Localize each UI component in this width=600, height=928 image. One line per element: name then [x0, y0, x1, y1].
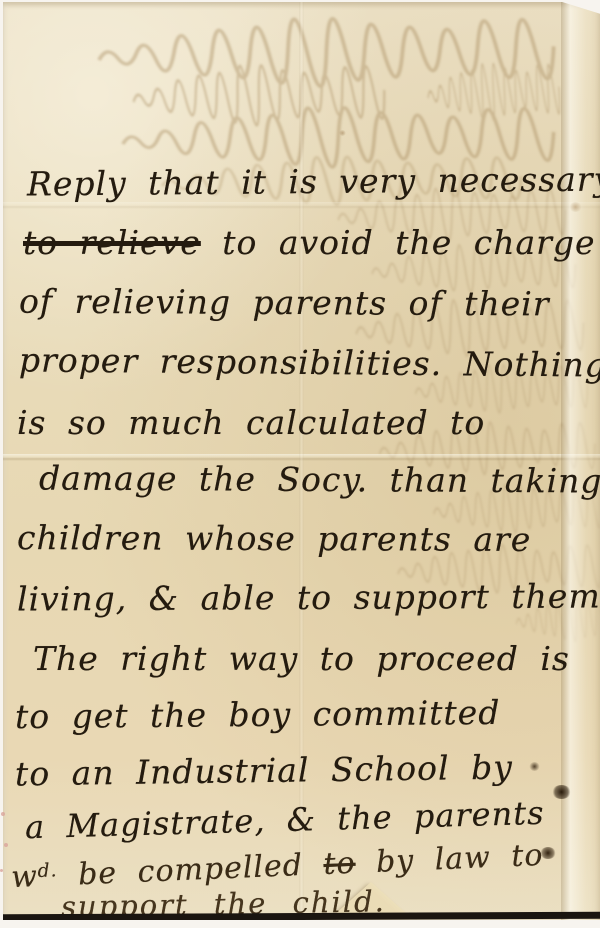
struck-out-text: to — [323, 846, 357, 882]
handwritten-line-7: children whose parents are — [17, 521, 531, 556]
text-segment: damage the Socy. than taking — [39, 459, 600, 501]
superscript-abbreviation: d. — [37, 860, 58, 882]
handwritten-line-11: to an Industrial School by — [15, 751, 513, 791]
text-segment: is so much calculated to — [17, 403, 485, 442]
handwritten-line-5: is so much calculated to — [17, 406, 485, 439]
text-segment: of relieving parents of their — [19, 282, 550, 324]
handwritten-line-6: damage the Socy. than taking — [39, 462, 600, 498]
backdrop-speck — [1, 812, 5, 816]
text-segment: Reply that it is very necessary — [27, 159, 600, 203]
text-segment: w — [10, 859, 38, 895]
photo-background: Reply that it is very necessary to relie… — [0, 0, 600, 928]
text-segment: living, & able to support them. — [17, 576, 600, 618]
handwritten-line-1: Reply that it is very necessary — [27, 162, 600, 200]
paper-stain — [569, 202, 582, 212]
top-right-corner-notch — [559, 2, 600, 14]
text-segment: a Magistrate, & the parents — [25, 794, 545, 846]
backdrop-speck — [4, 843, 8, 847]
text-segment: children whose parents are — [17, 518, 531, 559]
text-segment: The right way to proceed is — [33, 639, 570, 678]
handwritten-line-8: living, & able to support them. — [17, 579, 600, 615]
text-segment: proper responsibilities. Nothing — [19, 340, 600, 384]
ink-blot — [552, 785, 571, 799]
horizontal-fold-crease — [3, 202, 600, 209]
struck-out-text: to relieve — [23, 223, 201, 262]
text-segment: to avoid the charge — [201, 223, 596, 262]
backdrop-speck — [0, 869, 3, 872]
text-segment: to get the boy committed — [15, 693, 501, 736]
handwritten-line-10: to get the boy committed — [15, 696, 501, 733]
handwritten-line-12: a Magistrate, & the parents — [25, 797, 545, 843]
handwritten-line-2: to relieve to avoid the charge — [23, 226, 596, 259]
text-segment: by law to — [355, 838, 544, 881]
handwritten-line-4: proper responsibilities. Nothing — [19, 343, 600, 381]
paper-bottom-edge-shadow — [3, 912, 600, 920]
letter-page: Reply that it is very necessary to relie… — [3, 2, 600, 920]
text-segment: to an Industrial School by — [15, 748, 513, 794]
ink-blot — [529, 762, 540, 771]
handwritten-line-3: of relieving parents of their — [19, 285, 550, 321]
paper-stain — [339, 130, 346, 136]
handwritten-line-9: The right way to proceed is — [33, 642, 570, 675]
